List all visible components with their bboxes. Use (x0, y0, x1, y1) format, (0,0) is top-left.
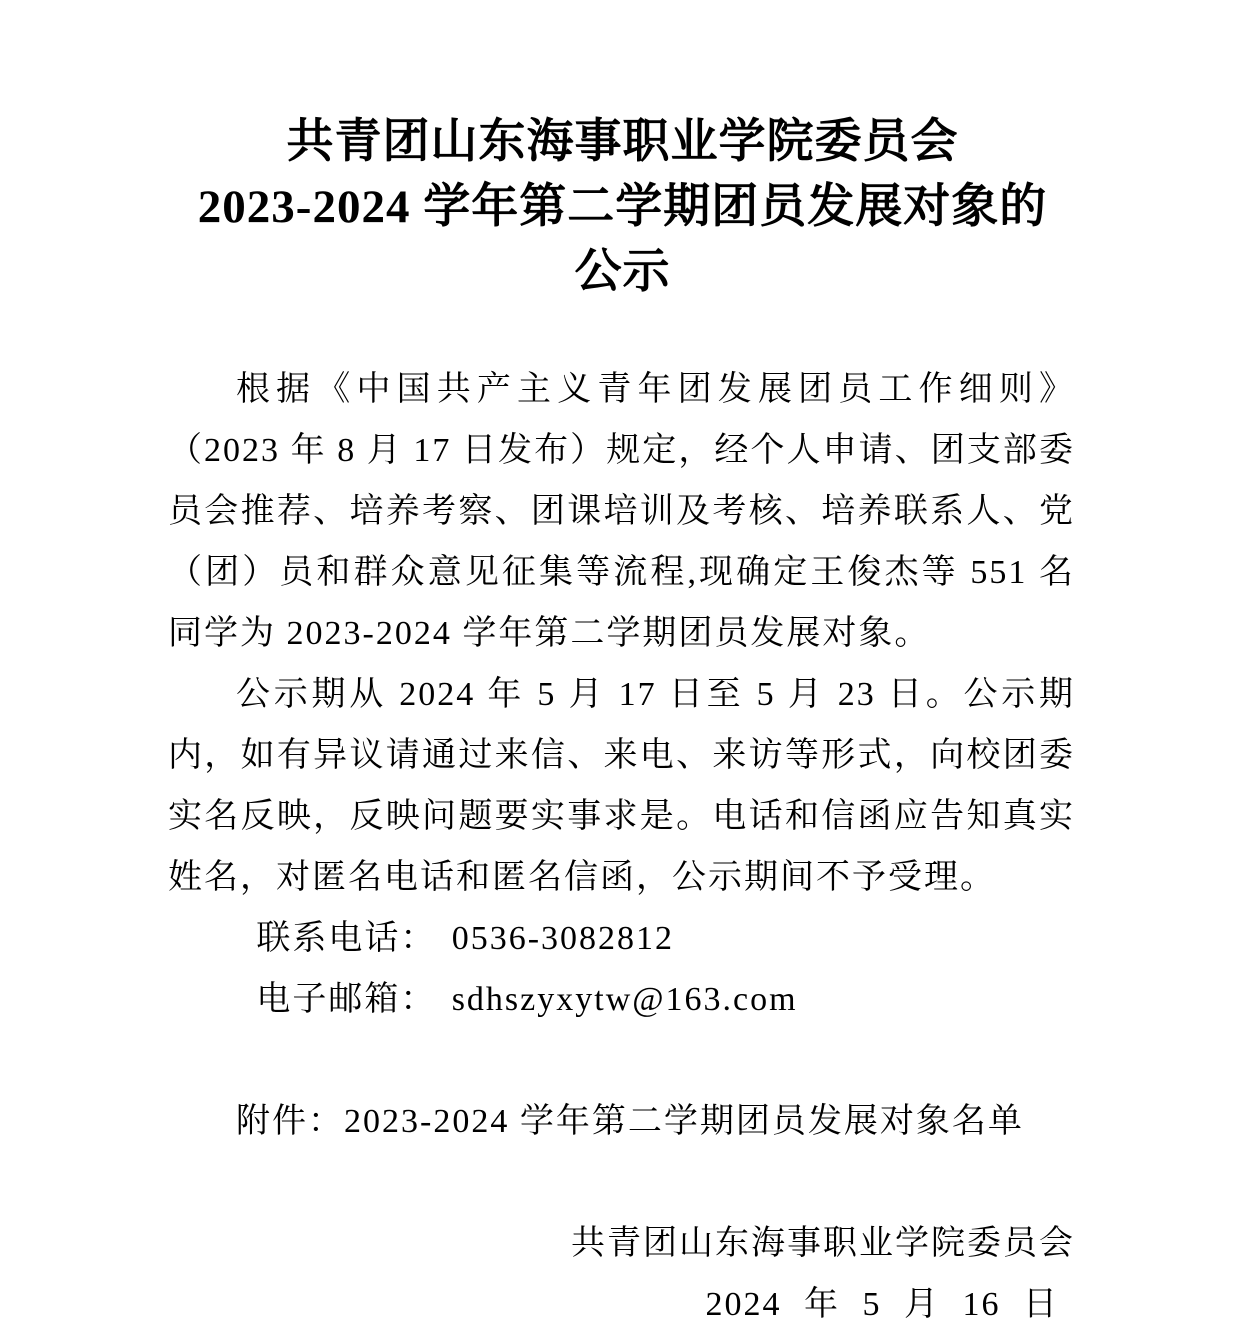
contact-email-value: sdhszyxytw@163.com (452, 981, 798, 1018)
paragraph-basis: 根据《中国共产主义青年团发展团员工作细则》（2023 年 8 月 17 日发布）… (168, 359, 1075, 664)
attachment-line: 附件：2023-2024 学年第二学期团员发展对象名单 (168, 1091, 1075, 1152)
document-title: 共青团山东海事职业学院委员会 2023-2024 学年第二学期团员发展对象的 公… (0, 0, 1245, 305)
signature-organization: 共青团山东海事职业学院委员会 (168, 1213, 1075, 1274)
title-line-announcement: 公示 (0, 240, 1245, 305)
signature-date: 2024 年 5 月 16 日 (168, 1274, 1075, 1335)
paragraph-publicity-period: 公示期从 2024 年 5 月 17 日至 5 月 23 日。公示期内，如有异议… (168, 664, 1075, 908)
contact-phone-value: 0536-3082812 (452, 920, 674, 957)
contact-email-line: 电子邮箱：sdhszyxytw@163.com (168, 969, 1075, 1030)
contact-phone-label: 联系电话： (256, 920, 436, 957)
title-line-organization: 共青团山东海事职业学院委员会 (0, 110, 1245, 175)
document-body: 根据《中国共产主义青年团发展团员工作细则》（2023 年 8 月 17 日发布）… (168, 359, 1075, 1335)
contact-email-label: 电子邮箱： (256, 981, 436, 1018)
title-line-semester: 2023-2024 学年第二学期团员发展对象的 (0, 175, 1245, 240)
blank-line (168, 1030, 1075, 1091)
contact-phone-line: 联系电话：0536-3082812 (168, 908, 1075, 969)
blank-line (168, 1152, 1075, 1213)
document-page: 共青团山东海事职业学院委员会 2023-2024 学年第二学期团员发展对象的 公… (0, 0, 1245, 1336)
